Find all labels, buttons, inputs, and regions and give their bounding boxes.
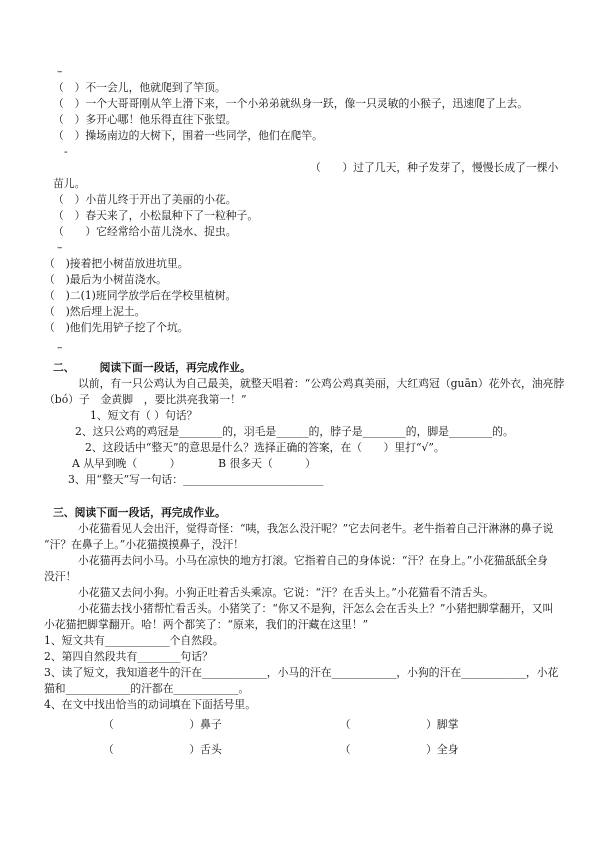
question-sentence-count: 1、短文有（ ）句话？ [90,408,560,424]
ordering-item: 苗儿。 [53,176,560,192]
question-paragraph-count: 1、短文共有____________个自然段。 [44,633,560,649]
ordering-item: （ ）春天来了，小松鼠种下了一粒种子。 [53,208,560,224]
separator-dash: – [57,240,560,256]
verb-blank-item: （ ）鼻子 [103,718,222,731]
reading-passage-line: 小花猫再去问小马。小马在凉快的地方打滚。它指着自己的身体说：“汗？在身上。”小花… [78,553,560,569]
ordering-item: （ )最后为小树苗浇水。 [44,272,560,288]
ordering-item: （ )他们先用铲子挖了个坑。 [44,320,560,336]
ordering-item: （ ）操场南边的大树下，围着一些同学，他们在爬竿。 [53,128,560,144]
section-number: 二、 [53,361,75,374]
separator-dash: – [57,340,560,356]
ordering-item: （ )然后埋上泥土。 [44,304,560,320]
verb-blank-row: （ ）鼻子（ ）脚掌 [44,717,560,733]
worksheet-page: – （ ）不一会儿，他就爬到了竿顶。 （ ）一个大哥哥刚从竿上滑下来，一个小弟弟… [0,0,596,842]
question-fill-blanks: 3、读了短文，我知道老牛的汗在____________，小马的汗在_______… [44,665,560,681]
ordering-exercise-seedling: - （ ）过了几天，种子发芽了，慢慢长成了一棵小 苗儿。 （ ）小苗儿终于开出了… [44,144,560,240]
question-find-verbs: 4、在文中找出恰当的动词填在下面括号里。 [44,697,560,713]
ordering-exercise-climbing: – （ ）不一会儿，他就爬到了竿顶。 （ ）一个大哥哥刚从竿上滑下来，一个小弟弟… [44,64,560,144]
question-make-sentence: 3、用“整天”写一句话：__________________________ [68,472,560,488]
ordering-item: （ ）它经常给小苗儿浇水、捉虫。 [53,224,560,240]
ordering-item: （ ）不一会儿，他就爬到了竿顶。 [53,80,560,96]
separator-dash: – [57,64,560,80]
section-title: 阅读下面一段话，再完成作业。 [75,506,226,519]
question-fill-blanks: 猫和____________的汗都在____________。 [44,681,560,697]
ordering-item: （ ）过了几天，种子发芽了，慢慢长成了一棵小 [310,160,560,176]
section-gap [44,488,560,505]
reading-passage-line: （bó）子 金黄脚 ，要比洪亮我第一！” [44,392,560,408]
reading-passage-line: 小花猫把脚掌翻开。哈！两个都笑了：“原来，我们的汗藏在这里！” [44,617,560,633]
section-title: 阅读下面一段话，再完成作业。 [100,361,251,374]
verb-blank-item: （ ）脚掌 [340,718,459,731]
section-number: 三、 [53,506,75,519]
reading-passage-line: “汗？在鼻子上。”小花猫摸摸鼻子，没汗！ [44,537,560,553]
ordering-item: （ )二(1)班同学放学后在学校里植树。 [44,288,560,304]
separator-dash: - [64,144,560,160]
section-two: 二、阅读下面一段话，再完成作业。 以前，有一只公鸡认为自己最美，就整天唱着：“公… [44,360,560,488]
question-fill-blanks: 2、这只公鸡的鸡冠是________的，羽毛是______的，脖子是______… [75,424,560,440]
verb-blank-item: （ ）全身 [340,743,459,756]
verb-blank-row: （ ）舌头（ ）全身 [44,742,560,758]
ordering-item: （ )接着把小树苗放进坑里。 [44,256,560,272]
reading-passage-line: 小花猫去找小猪帮忙看舌头。小猪笑了：“你又不是狗，汗怎么会在舌头上？”小猪把脚掌… [78,601,560,617]
answer-options: A 从早到晚（ ） B 很多天（ ） [72,456,560,472]
question-sentence-count: 2、第四自然段共有________句话？ [44,649,560,665]
reading-passage-line: 没汗！ [44,569,560,585]
ordering-item: （ ）多开心哪！他乐得直往下张望。 [53,112,560,128]
question-word-meaning: 2、这段话中“整天”的意思是什么？选择正确的答案，在（ ）里打“√”。 [85,440,560,456]
reading-passage-line: 以前，有一只公鸡认为自己最美，就整天唱着：“公鸡公鸡真美丽，大红鸡冠（guān）… [78,376,560,392]
reading-passage-line: 小花猫看见人会出汗，觉得奇怪：“咦，我怎么没汗呢？”它去问老牛。老牛指着自己汗淋… [78,521,560,537]
ordering-item: （ ）小苗儿终于开出了美丽的小花。 [53,192,560,208]
verb-blank-item: （ ）舌头 [103,743,222,756]
ordering-exercise-tree-planting: – （ )接着把小树苗放进坑里。 （ )最后为小树苗浇水。 （ )二(1)班同学… [44,240,560,356]
ordering-item: （ ）一个大哥哥刚从竿上滑下来，一个小弟弟就纵身一跃，像一只灵敏的小猴子，迅速爬… [53,96,560,112]
section-three: 三、阅读下面一段话，再完成作业。 小花猫看见人会出汗，觉得奇怪：“咦，我怎么没汗… [44,505,560,758]
section-three-heading: 三、阅读下面一段话，再完成作业。 [53,505,560,521]
section-two-heading: 二、阅读下面一段话，再完成作业。 [53,360,560,376]
reading-passage-line: 小花猫又去问小狗。小狗正吐着舌头乘凉。它说：“汗？在舌头上。”小花猫看不清舌头。 [78,585,560,601]
